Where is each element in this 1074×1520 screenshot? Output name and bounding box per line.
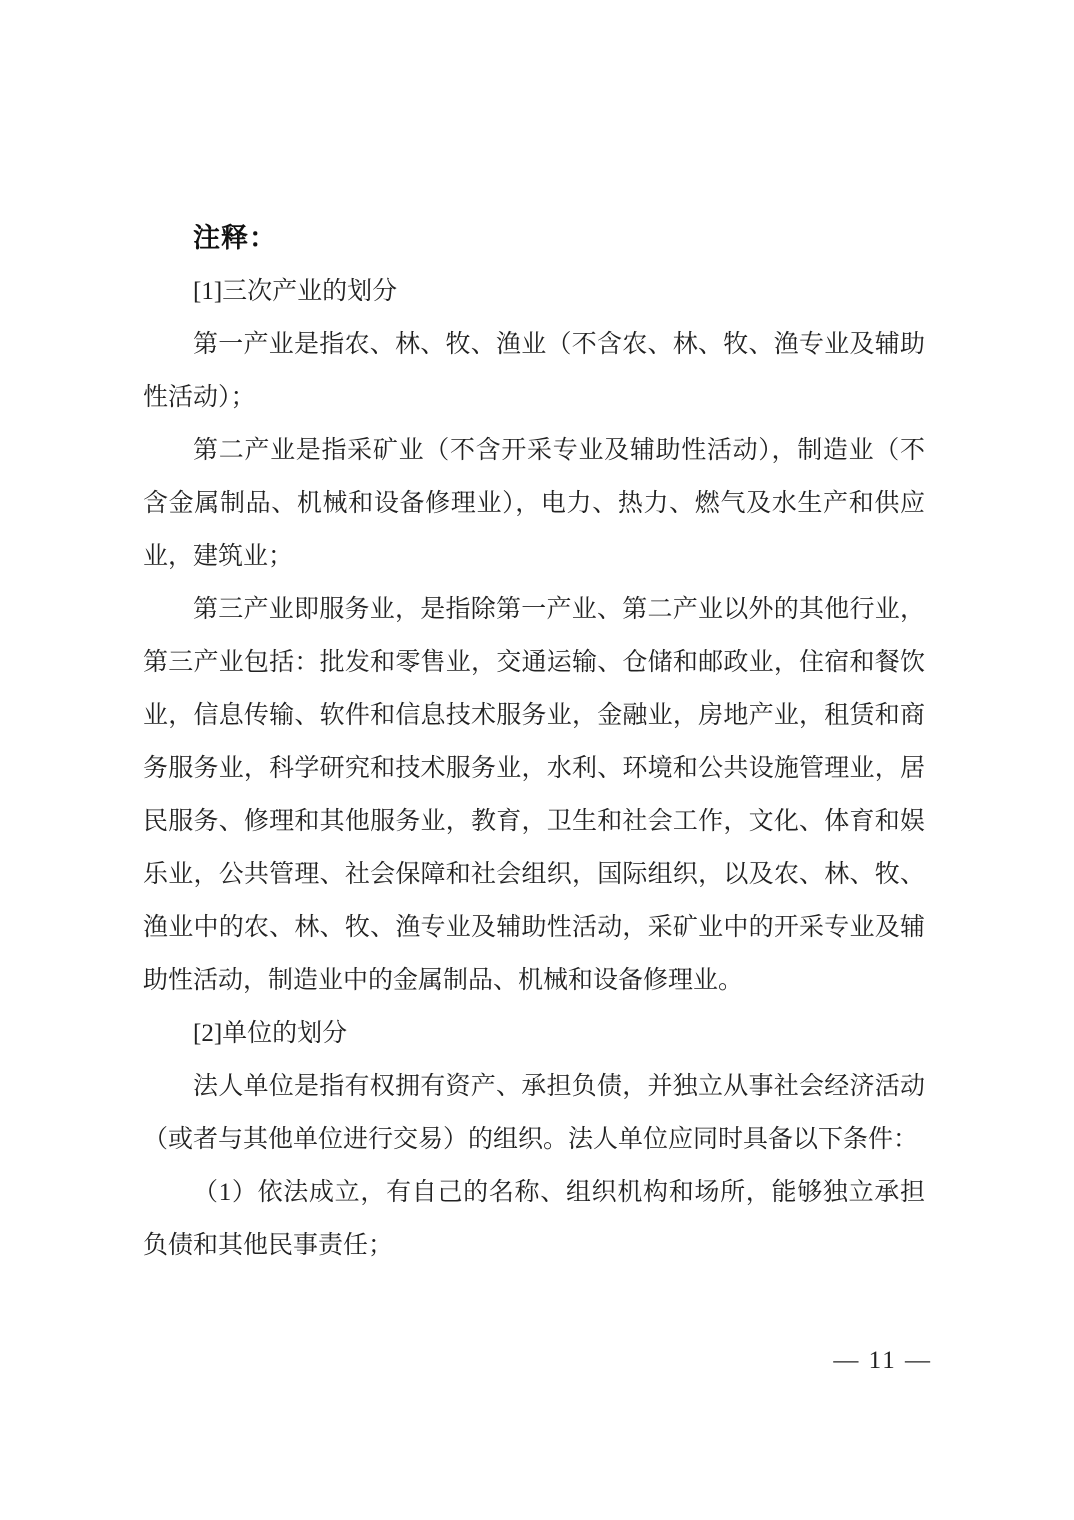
notes-heading: 注释：: [143, 212, 925, 265]
para-tertiary-industry: 第三产业即服务业，是指除第一产业、第二产业以外的其他行业，第三产业包括：批发和零…: [143, 583, 925, 1007]
para-primary-industry: 第一产业是指农、林、牧、渔业（不含农、林、牧、渔专业及辅助性活动）；: [143, 318, 925, 424]
para-legal-entity-definition: 法人单位是指有权拥有资产、承担负债，并独立从事社会经济活动（或者与其他单位进行交…: [143, 1060, 925, 1166]
note-1-title: [1]三次产业的划分: [143, 265, 925, 318]
para-secondary-industry: 第二产业是指采矿业（不含开采专业及辅助性活动），制造业（不含金属制品、机械和设备…: [143, 424, 925, 583]
document-body: 注释： [1]三次产业的划分 第一产业是指农、林、牧、渔业（不含农、林、牧、渔专…: [143, 212, 925, 1272]
document-page: 注释： [1]三次产业的划分 第一产业是指农、林、牧、渔业（不含农、林、牧、渔专…: [0, 0, 1074, 1520]
para-condition-1: （1）依法成立，有自己的名称、组织机构和场所，能够独立承担负债和其他民事责任；: [143, 1166, 925, 1272]
note-2-title: [2]单位的划分: [143, 1007, 925, 1060]
page-number: — 11 —: [833, 1346, 932, 1376]
